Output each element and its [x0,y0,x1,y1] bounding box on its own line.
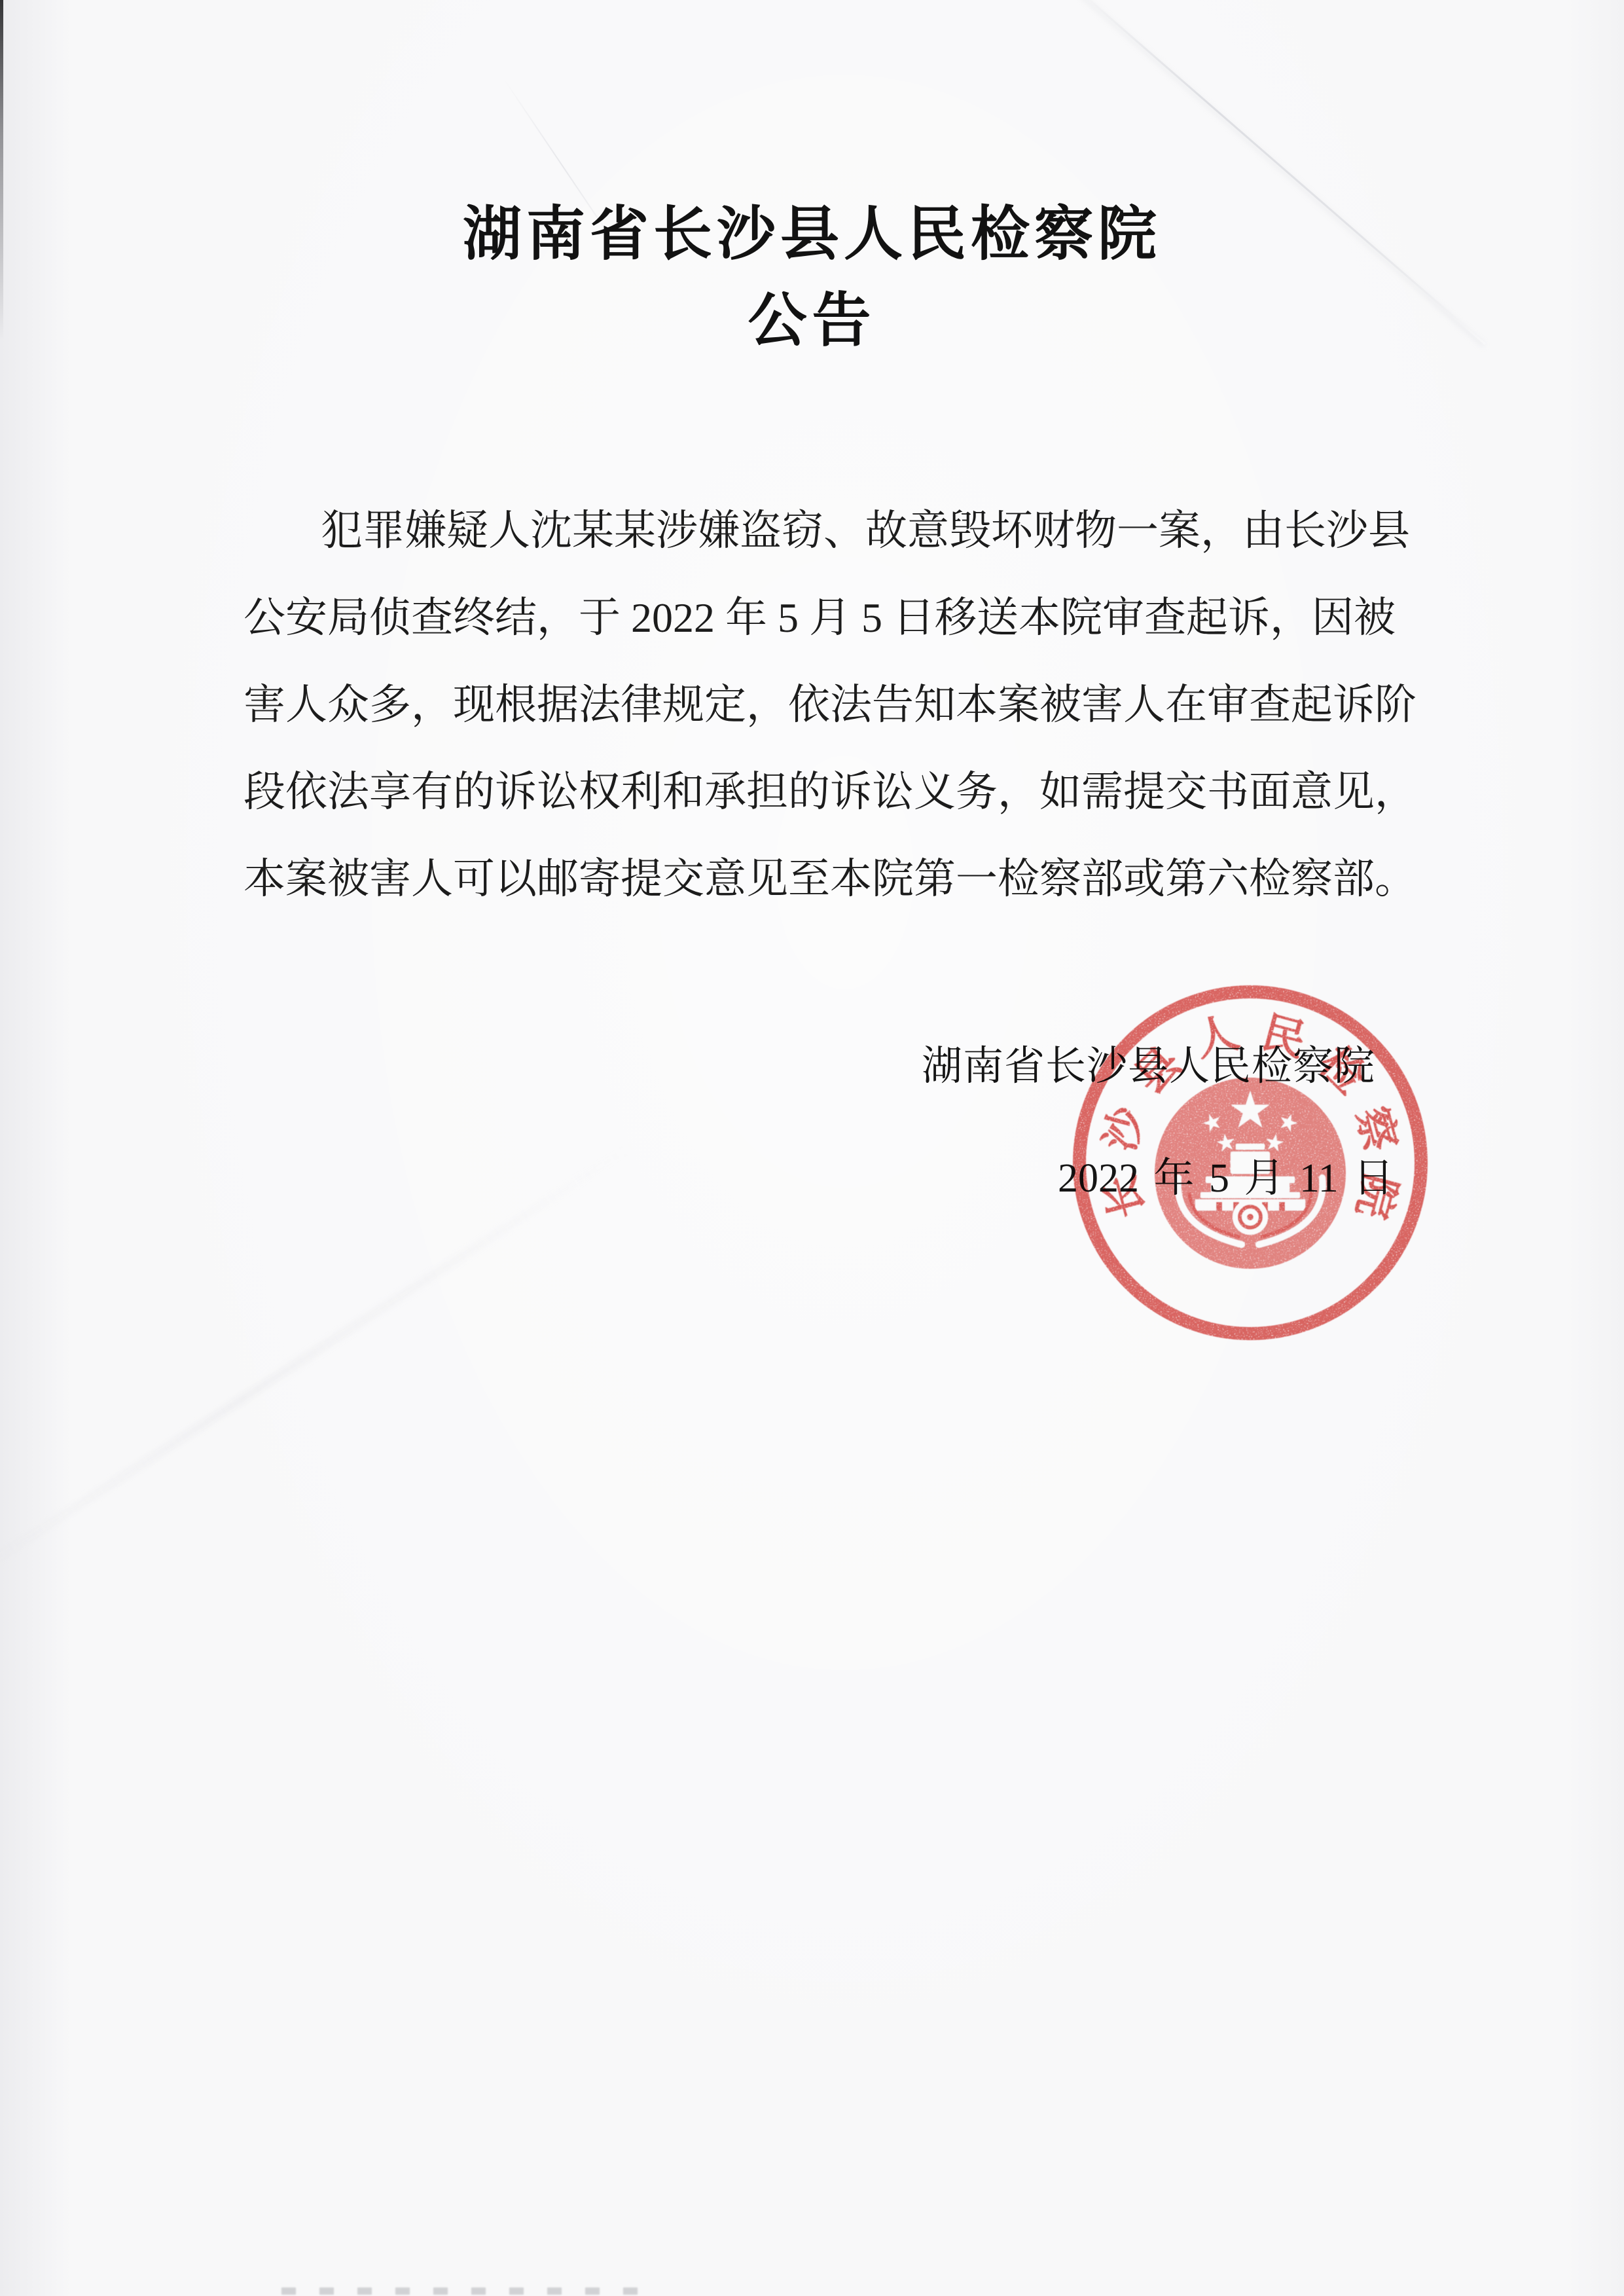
svg-text:察: 察 [1347,1102,1405,1156]
svg-text:长: 长 [1096,1169,1153,1224]
svg-text:民: 民 [1257,1008,1311,1066]
svg-text:县: 县 [1126,1038,1190,1102]
document-title-type: 公告 [0,288,1624,354]
body-line: 犯罪嫌疑人沈某某涉嫌盗窃、故意毁坏财物一案，由长沙县 [244,487,1388,574]
scan-artifact-bottom [281,2287,658,2295]
svg-text:院: 院 [1347,1169,1405,1224]
body-line: 公安局侦查终结，于 2022 年 5 月 5 日移送本院审查起诉，因被 [244,574,1388,661]
seal-graphic: 长沙县人民检察院 [1072,984,1429,1341]
body-paragraph: 犯罪嫌疑人沈某某涉嫌盗窃、故意毁坏财物一案，由长沙县 公安局侦查终结，于 202… [244,487,1388,922]
body-line: 害人众多，现根据法律规定，依法告知本案被害人在审查起诉阶 [244,661,1388,748]
national-emblem-icon [1155,1078,1346,1269]
svg-text:检: 检 [1310,1038,1374,1102]
paper-crease [0,1141,637,1610]
body-line: 段依法享有的诉讼权利和承担的诉讼义务，如需提交书面意见， [244,748,1388,835]
body-line: 本案被害人可以邮寄提交意见至本院第一检察部或第六检察部。 [244,835,1388,922]
document-title-organization: 湖南省长沙县人民检察院 [0,202,1624,267]
official-seal-stamp: 长沙县人民检察院 [1072,984,1429,1341]
scanned-document-page: { "document": { "title_org": "湖南省长沙县人民检察… [0,0,1624,2296]
svg-text:人: 人 [1189,1008,1244,1066]
svg-text:沙: 沙 [1096,1101,1153,1156]
